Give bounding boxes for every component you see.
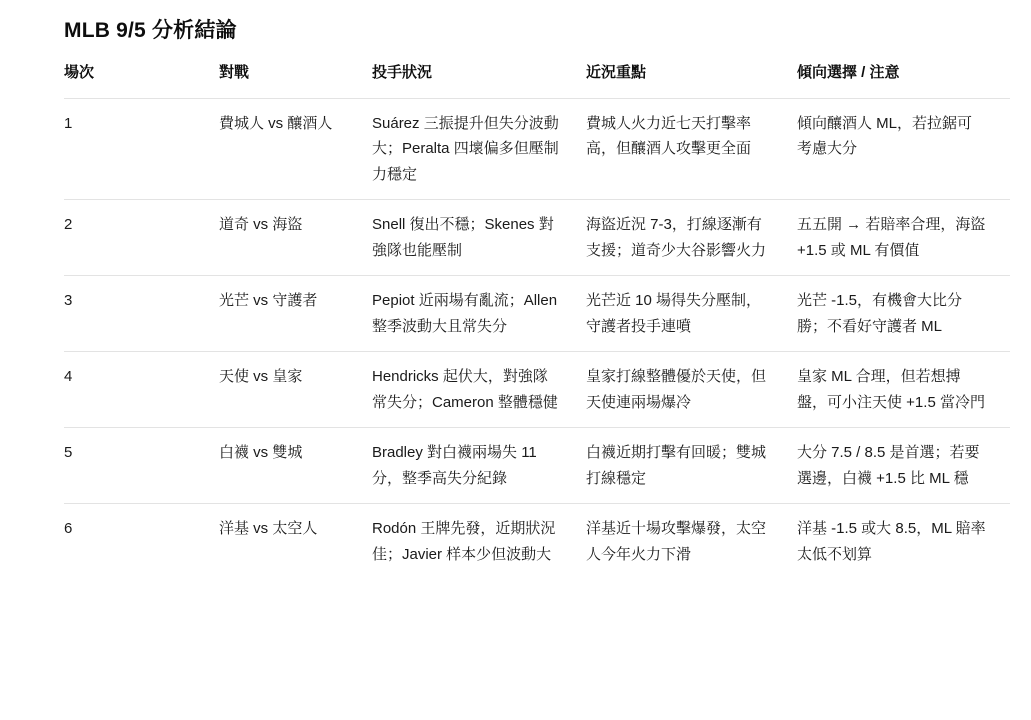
column-header-pitchers: 投手狀況 bbox=[372, 56, 586, 98]
cell-game: 4 bbox=[64, 352, 219, 428]
page-title: MLB 9/5 分析結論 bbox=[64, 16, 1010, 46]
cell-pitchers: Pepiot 近兩場有亂流；Allen 整季波動大且常失分 bbox=[372, 276, 586, 352]
cell-recent: 光芒近 10 場得失分壓制，守護者投手連噴 bbox=[586, 276, 797, 352]
cell-pitchers: Bradley 對白襪兩場失 11 分，整季高失分紀錄 bbox=[372, 428, 586, 504]
cell-lean: 光芒 -1.5，有機會大比分勝；不看好守護者 ML bbox=[797, 276, 1010, 352]
table-row: 1 費城人 vs 釀酒人 Suárez 三振提升但失分波動大；Peralta 四… bbox=[64, 98, 1010, 200]
cell-game: 5 bbox=[64, 428, 219, 504]
cell-matchup: 白襪 vs 雙城 bbox=[219, 428, 372, 504]
cell-recent: 海盜近況 7-3，打線逐漸有支援；道奇少大谷影響火力 bbox=[586, 200, 797, 276]
cell-game: 6 bbox=[64, 504, 219, 580]
column-header-matchup: 對戰 bbox=[219, 56, 372, 98]
cell-pitchers: Hendricks 起伏大，對強隊常失分；Cameron 整體穩健 bbox=[372, 352, 586, 428]
cell-matchup: 光芒 vs 守護者 bbox=[219, 276, 372, 352]
analysis-table: 場次 對戰 投手狀況 近況重點 傾向選擇 / 注意 1 費城人 vs 釀酒人 S… bbox=[64, 56, 1010, 579]
table-row: 5 白襪 vs 雙城 Bradley 對白襪兩場失 11 分，整季高失分紀錄 白… bbox=[64, 428, 1010, 504]
column-header-game: 場次 bbox=[64, 56, 219, 98]
cell-lean: 大分 7.5 / 8.5 是首選；若要選邊，白襪 +1.5 比 ML 穩 bbox=[797, 428, 1010, 504]
cell-pitchers: Suárez 三振提升但失分波動大；Peralta 四壞偏多但壓制力穩定 bbox=[372, 98, 586, 200]
cell-lean: 五五開 → 若賠率合理，海盜 +1.5 或 ML 有價值 bbox=[797, 200, 1010, 276]
cell-recent: 皇家打線整體優於天使，但天使連兩場爆冷 bbox=[586, 352, 797, 428]
cell-matchup: 天使 vs 皇家 bbox=[219, 352, 372, 428]
cell-lean: 洋基 -1.5 或大 8.5，ML 賠率太低不划算 bbox=[797, 504, 1010, 580]
cell-matchup: 道奇 vs 海盜 bbox=[219, 200, 372, 276]
column-header-recent: 近況重點 bbox=[586, 56, 797, 98]
cell-game: 2 bbox=[64, 200, 219, 276]
table-row: 4 天使 vs 皇家 Hendricks 起伏大，對強隊常失分；Cameron … bbox=[64, 352, 1010, 428]
cell-recent: 白襪近期打擊有回暖；雙城打線穩定 bbox=[586, 428, 797, 504]
cell-matchup: 洋基 vs 太空人 bbox=[219, 504, 372, 580]
table-row: 2 道奇 vs 海盜 Snell 復出不穩；Skenes 對強隊也能壓制 海盜近… bbox=[64, 200, 1010, 276]
table-row: 6 洋基 vs 太空人 Rodón 王牌先發，近期狀況佳；Javier 样本少但… bbox=[64, 504, 1010, 580]
cell-lean: 傾向釀酒人 ML，若拉鋸可考慮大分 bbox=[797, 98, 1010, 200]
table-row: 3 光芒 vs 守護者 Pepiot 近兩場有亂流；Allen 整季波動大且常失… bbox=[64, 276, 1010, 352]
cell-pitchers: Rodón 王牌先發，近期狀況佳；Javier 样本少但波動大 bbox=[372, 504, 586, 580]
document-page: MLB 9/5 分析結論 場次 對戰 投手狀況 近況重點 傾向選擇 / 注意 1… bbox=[64, 16, 1010, 579]
cell-game: 1 bbox=[64, 98, 219, 200]
cell-lean: 皇家 ML 合理，但若想搏盤，可小注天使 +1.5 當冷門 bbox=[797, 352, 1010, 428]
cell-recent: 費城人火力近七天打擊率高，但釀酒人攻擊更全面 bbox=[586, 98, 797, 200]
cell-matchup: 費城人 vs 釀酒人 bbox=[219, 98, 372, 200]
cell-recent: 洋基近十場攻擊爆發，太空人今年火力下滑 bbox=[586, 504, 797, 580]
column-header-lean: 傾向選擇 / 注意 bbox=[797, 56, 1010, 98]
header-row: 場次 對戰 投手狀況 近況重點 傾向選擇 / 注意 bbox=[64, 56, 1010, 98]
cell-pitchers: Snell 復出不穩；Skenes 對強隊也能壓制 bbox=[372, 200, 586, 276]
cell-game: 3 bbox=[64, 276, 219, 352]
